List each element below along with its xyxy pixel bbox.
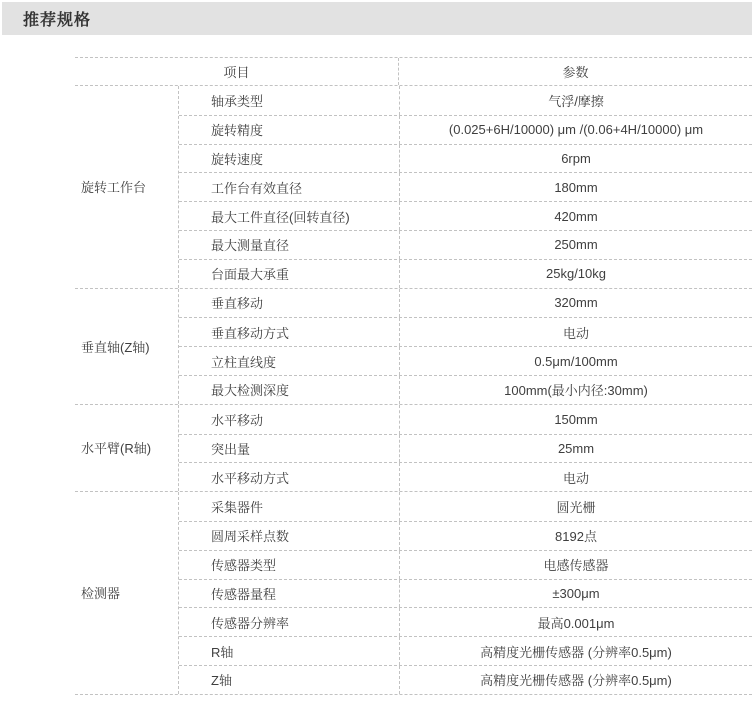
row-item-label: 立柱直线度 (179, 347, 399, 375)
group-rows: 水平移动 150mm 突出量 25mm 水平移动方式 电动 (178, 405, 752, 491)
table-row: 突出量 25mm (179, 434, 752, 463)
table-row: 水平移动 150mm (179, 405, 752, 434)
row-param-value: 25mm (399, 435, 752, 463)
table-row: 圆周采样点数 8192点 (179, 521, 752, 550)
row-item-label: 水平移动方式 (179, 463, 399, 491)
row-param-value: 电动 (399, 318, 752, 346)
row-item-label: 垂直移动 (179, 289, 399, 318)
row-param-value: 高精度光栅传感器 (分辨率0.5μm) (399, 637, 752, 665)
row-param-value: 180mm (399, 173, 752, 201)
row-param-value: 电动 (399, 463, 752, 491)
table-row: 立柱直线度 0.5μm/100mm (179, 346, 752, 375)
row-item-label: 圆周采样点数 (179, 522, 399, 550)
row-item-label: 旋转精度 (179, 116, 399, 144)
row-param-value: 25kg/10kg (399, 260, 752, 288)
table-row: Z轴 高精度光栅传感器 (分辨率0.5μm) (179, 665, 752, 694)
table-group: 旋转工作台 轴承类型 气浮/摩擦 旋转精度 (0.025+6H/10000) μ… (75, 86, 752, 289)
table-row: 轴承类型 气浮/摩擦 (179, 86, 752, 115)
section-title: 推荐规格 (23, 7, 91, 30)
table-body: 旋转工作台 轴承类型 气浮/摩擦 旋转精度 (0.025+6H/10000) μ… (75, 86, 752, 695)
table-group: 水平臂(R轴) 水平移动 150mm 突出量 25mm 水平移动方式 电动 (75, 405, 752, 492)
row-item-label: 轴承类型 (179, 86, 399, 115)
table-row: 最大工件直径(回转直径) 420mm (179, 201, 752, 230)
table-row: 最大检测深度 100mm(最小内径:30mm) (179, 375, 752, 404)
table-row: 工作台有效直径 180mm (179, 172, 752, 201)
group-label: 旋转工作台 (75, 86, 178, 288)
table-row: 垂直移动 320mm (179, 289, 752, 318)
row-item-label: 突出量 (179, 435, 399, 463)
table-row: R轴 高精度光栅传感器 (分辨率0.5μm) (179, 636, 752, 665)
table-row: 旋转速度 6rpm (179, 144, 752, 173)
row-item-label: Z轴 (179, 666, 399, 694)
row-item-label: 传感器类型 (179, 551, 399, 579)
row-item-label: 采集器件 (179, 492, 399, 521)
row-param-value: 150mm (399, 405, 752, 434)
row-param-value: 最高0.001μm (399, 608, 752, 636)
row-param-value: ±300μm (399, 580, 752, 608)
row-param-value: (0.025+6H/10000) μm /(0.06+4H/10000) μm (399, 116, 752, 144)
row-param-value: 电感传感器 (399, 551, 752, 579)
table-group: 垂直轴(Z轴) 垂直移动 320mm 垂直移动方式 电动 立柱直线度 0.5μm… (75, 289, 752, 405)
row-param-value: 高精度光栅传感器 (分辨率0.5μm) (399, 666, 752, 694)
row-param-value: 100mm(最小内径:30mm) (399, 376, 752, 404)
table-group: 检测器 采集器件 圆光栅 圆周采样点数 8192点 传感器类型 电感传感器 传感… (75, 492, 752, 695)
row-param-value: 250mm (399, 231, 752, 259)
table-row: 水平移动方式 电动 (179, 462, 752, 491)
group-label: 水平臂(R轴) (75, 405, 178, 491)
section-header: 推荐规格 (2, 2, 752, 35)
column-header-param: 参数 (399, 58, 752, 85)
row-param-value: 420mm (399, 202, 752, 230)
row-param-value: 0.5μm/100mm (399, 347, 752, 375)
table-header-row: 项目 参数 (75, 58, 752, 86)
group-rows: 垂直移动 320mm 垂直移动方式 电动 立柱直线度 0.5μm/100mm 最… (178, 289, 752, 404)
table-row: 传感器量程 ±300μm (179, 579, 752, 608)
row-param-value: 8192点 (399, 522, 752, 550)
row-item-label: 水平移动 (179, 405, 399, 434)
row-item-label: 传感器量程 (179, 580, 399, 608)
group-rows: 采集器件 圆光栅 圆周采样点数 8192点 传感器类型 电感传感器 传感器量程 … (178, 492, 752, 694)
spec-table: 项目 参数 旋转工作台 轴承类型 气浮/摩擦 旋转精度 (0.025+6H/10… (75, 57, 752, 695)
group-label: 检测器 (75, 492, 178, 694)
table-row: 台面最大承重 25kg/10kg (179, 259, 752, 288)
row-item-label: 最大测量直径 (179, 231, 399, 259)
table-row: 垂直移动方式 电动 (179, 317, 752, 346)
row-item-label: 传感器分辨率 (179, 608, 399, 636)
row-item-label: 工作台有效直径 (179, 173, 399, 201)
row-item-label: 垂直移动方式 (179, 318, 399, 346)
group-label: 垂直轴(Z轴) (75, 289, 178, 404)
row-param-value: 圆光栅 (399, 492, 752, 521)
table-row: 传感器分辨率 最高0.001μm (179, 607, 752, 636)
page: 推荐规格 项目 参数 旋转工作台 轴承类型 气浮/摩擦 旋转精度 (0.025+… (0, 0, 752, 702)
table-row: 旋转精度 (0.025+6H/10000) μm /(0.06+4H/10000… (179, 115, 752, 144)
row-item-label: 最大检测深度 (179, 376, 399, 404)
row-item-label: 台面最大承重 (179, 260, 399, 288)
row-item-label: 旋转速度 (179, 145, 399, 173)
row-param-value: 气浮/摩擦 (399, 86, 752, 115)
table-row: 传感器类型 电感传感器 (179, 550, 752, 579)
column-header-item: 项目 (75, 58, 399, 85)
group-rows: 轴承类型 气浮/摩擦 旋转精度 (0.025+6H/10000) μm /(0.… (178, 86, 752, 288)
row-param-value: 6rpm (399, 145, 752, 173)
table-row: 最大测量直径 250mm (179, 230, 752, 259)
row-param-value: 320mm (399, 289, 752, 318)
row-item-label: 最大工件直径(回转直径) (179, 202, 399, 230)
row-item-label: R轴 (179, 637, 399, 665)
table-row: 采集器件 圆光栅 (179, 492, 752, 521)
